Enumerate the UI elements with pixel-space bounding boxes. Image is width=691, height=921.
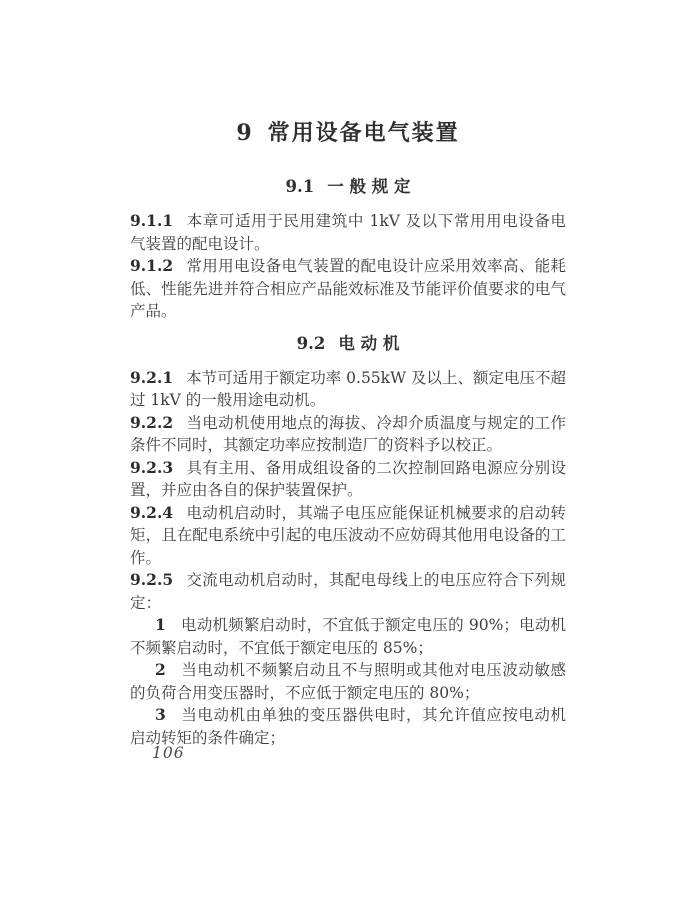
clause-9-2-5: 9.2.5交流电动机启动时，其配电母线上的电压应符合下列规定： <box>130 569 566 614</box>
clause-text: 本章可适用于民用建筑中 1kV 及以下常用用电设备电气装置的配电设计。 <box>130 212 566 253</box>
page-content: 9常用设备电气装置 9.1一 般 规 定 9.1.1本章可适用于民用建筑中 1k… <box>130 0 566 749</box>
clause-number: 9.2.1 <box>130 368 173 387</box>
clause-text: 本节可适用于额定功率 0.55kW 及以上、额定电压不超过 1kV 的一般用途电… <box>130 369 566 410</box>
clause-number: 9.2.3 <box>130 458 173 477</box>
page-number: 106 <box>152 744 185 762</box>
clause-9-1-1: 9.1.1本章可适用于民用建筑中 1kV 及以下常用用电设备电气装置的配电设计。 <box>130 210 566 255</box>
section-heading-9-1: 9.1一 般 规 定 <box>130 176 566 198</box>
list-item-1: 1电动机频繁启动时，不宜低于额定电压的 90%；电动机不频繁启动时，不宜低于额定… <box>130 614 566 659</box>
item-number: 2 <box>155 660 166 679</box>
clause-text: 电动机启动时，其端子电压应能保证机械要求的启动转矩，且在配电系统中引起的电压波动… <box>130 504 566 567</box>
chapter-number: 9 <box>236 120 251 146</box>
clause-9-1-2: 9.1.2常用用电设备电气装置的配电设计应采用效率高、能耗低、性能先进并符合相应… <box>130 255 566 323</box>
clause-9-2-2: 9.2.2当电动机使用地点的海拔、冷却介质温度与规定的工作条件不同时，其额定功率… <box>130 412 566 457</box>
clause-text: 交流电动机启动时，其配电母线上的电压应符合下列规定： <box>130 571 566 612</box>
clause-number: 9.2.5 <box>130 570 173 589</box>
clause-text: 当电动机使用地点的海拔、冷却介质温度与规定的工作条件不同时，其额定功率应按制造厂… <box>130 414 566 455</box>
clause-number: 9.2.2 <box>130 413 173 432</box>
item-number: 3 <box>155 705 166 724</box>
chapter-title: 9常用设备电气装置 <box>130 118 566 148</box>
clause-number: 9.1.1 <box>130 211 173 230</box>
clause-9-2-3: 9.2.3具有主用、备用成组设备的二次控制回路电源应分别设置，并应由各自的保护装… <box>130 457 566 502</box>
item-text: 电动机频繁启动时，不宜低于额定电压的 90%；电动机不频繁启动时，不宜低于额定电… <box>130 616 566 657</box>
clause-number: 9.2.4 <box>130 503 173 522</box>
section-number: 9.2 <box>297 334 326 353</box>
item-text: 当电动机不频繁启动且不与照明或其他对电压波动敏感的负荷合用变压器时，不应低于额定… <box>130 661 566 702</box>
clause-text: 常用用电设备电气装置的配电设计应采用效率高、能耗低、性能先进并符合相应产品能效标… <box>130 257 566 320</box>
clause-9-2-4: 9.2.4电动机启动时，其端子电压应能保证机械要求的启动转矩，且在配电系统中引起… <box>130 502 566 570</box>
item-text: 当电动机由单独的变压器供电时，其允许值应按电动机启动转矩的条件确定； <box>130 706 566 747</box>
list-item-3: 3当电动机由单独的变压器供电时，其允许值应按电动机启动转矩的条件确定； <box>130 704 566 749</box>
section-title-text: 电 动 机 <box>338 334 399 353</box>
section-title-text: 一 般 规 定 <box>327 177 410 196</box>
item-number: 1 <box>155 615 166 634</box>
section-number: 9.1 <box>286 177 315 196</box>
document-page: 9常用设备电气装置 9.1一 般 规 定 9.1.1本章可适用于民用建筑中 1k… <box>0 0 691 921</box>
list-item-2: 2当电动机不频繁启动且不与照明或其他对电压波动敏感的负荷合用变压器时，不应低于额… <box>130 659 566 704</box>
section-heading-9-2: 9.2电 动 机 <box>130 333 566 355</box>
clause-9-2-1: 9.2.1本节可适用于额定功率 0.55kW 及以上、额定电压不超过 1kV 的… <box>130 367 566 412</box>
chapter-title-text: 常用设备电气装置 <box>268 120 460 146</box>
clause-text: 具有主用、备用成组设备的二次控制回路电源应分别设置，并应由各自的保护装置保护。 <box>130 459 566 500</box>
clause-number: 9.1.2 <box>130 256 173 275</box>
